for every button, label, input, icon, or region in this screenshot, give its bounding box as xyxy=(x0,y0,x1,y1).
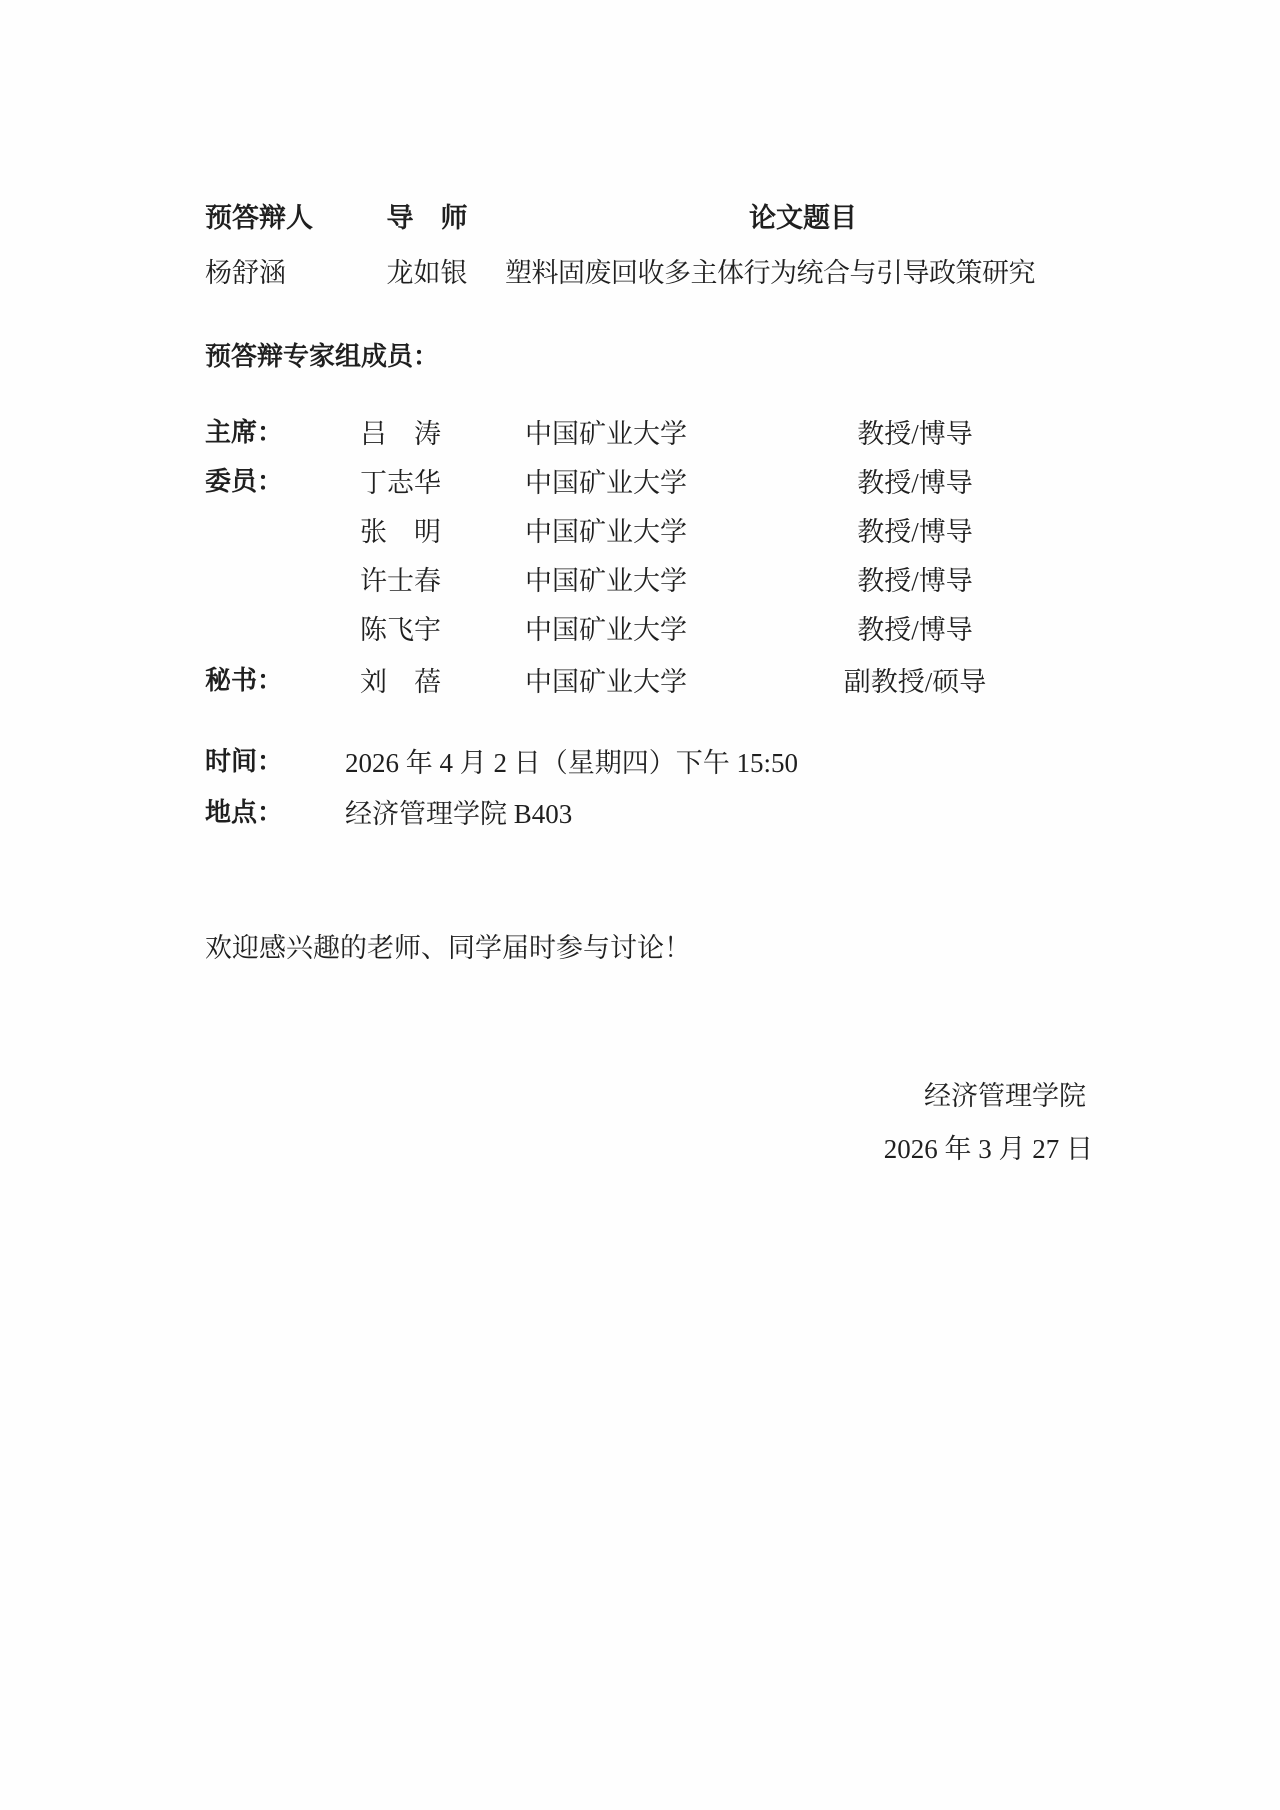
committee-member-affiliation: 中国矿业大学 xyxy=(525,412,687,451)
committee-role: 主席： xyxy=(205,412,283,449)
committee-member-name: 丁志华 xyxy=(360,461,441,500)
committee-member-affiliation: 中国矿业大学 xyxy=(525,510,687,549)
venue-label: 地点： xyxy=(205,792,283,829)
committee-member-title: 教授/博导 xyxy=(765,559,1065,598)
time-value: 2026 年 4 月 2 日（星期四）下午 15:50 xyxy=(345,741,798,780)
committee-member-title: 教授/博导 xyxy=(765,510,1065,549)
column-header-thesis-title: 论文题目 xyxy=(505,196,1101,235)
signature-date: 2026 年 3 月 27 日 xyxy=(884,1127,1093,1166)
committee-member-title: 教授/博导 xyxy=(765,461,1065,500)
committee-member-name: 刘 蓓 xyxy=(360,660,441,699)
committee-section-label: 预答辩专家组成员： xyxy=(205,336,439,373)
committee-member-name: 吕 涛 xyxy=(360,412,441,451)
advisor-name: 龙如银 xyxy=(381,251,473,290)
venue-value: 经济管理学院 B403 xyxy=(345,792,572,831)
candidate-name: 杨舒涵 xyxy=(205,251,286,290)
committee-member-name: 陈飞宇 xyxy=(360,608,441,647)
committee-member-name: 张 明 xyxy=(360,510,441,549)
committee-role: 委员： xyxy=(205,461,283,498)
thesis-title: 塑料固废回收多主体行为统合与引导政策研究 xyxy=(505,251,1035,290)
committee-member-name: 许士春 xyxy=(360,559,441,598)
signature-organization: 经济管理学院 xyxy=(924,1074,1086,1113)
committee-member-affiliation: 中国矿业大学 xyxy=(525,461,687,500)
committee-member-title: 副教授/硕导 xyxy=(765,660,1065,699)
committee-member-affiliation: 中国矿业大学 xyxy=(525,608,687,647)
column-header-advisor: 导 师 xyxy=(381,196,473,235)
time-label: 时间： xyxy=(205,741,283,778)
welcome-note: 欢迎感兴趣的老师、同学届时参与讨论！ xyxy=(205,926,691,965)
announcement-page: 预答辩人 导 师 论文题目 杨舒涵 龙如银 塑料固废回收多主体行为统合与引导政策… xyxy=(0,0,1280,1810)
committee-member-title: 教授/博导 xyxy=(765,608,1065,647)
committee-member-affiliation: 中国矿业大学 xyxy=(525,660,687,699)
committee-member-affiliation: 中国矿业大学 xyxy=(525,559,687,598)
committee-member-title: 教授/博导 xyxy=(765,412,1065,451)
column-header-candidate: 预答辩人 xyxy=(205,196,313,235)
committee-role: 秘书： xyxy=(205,660,283,697)
